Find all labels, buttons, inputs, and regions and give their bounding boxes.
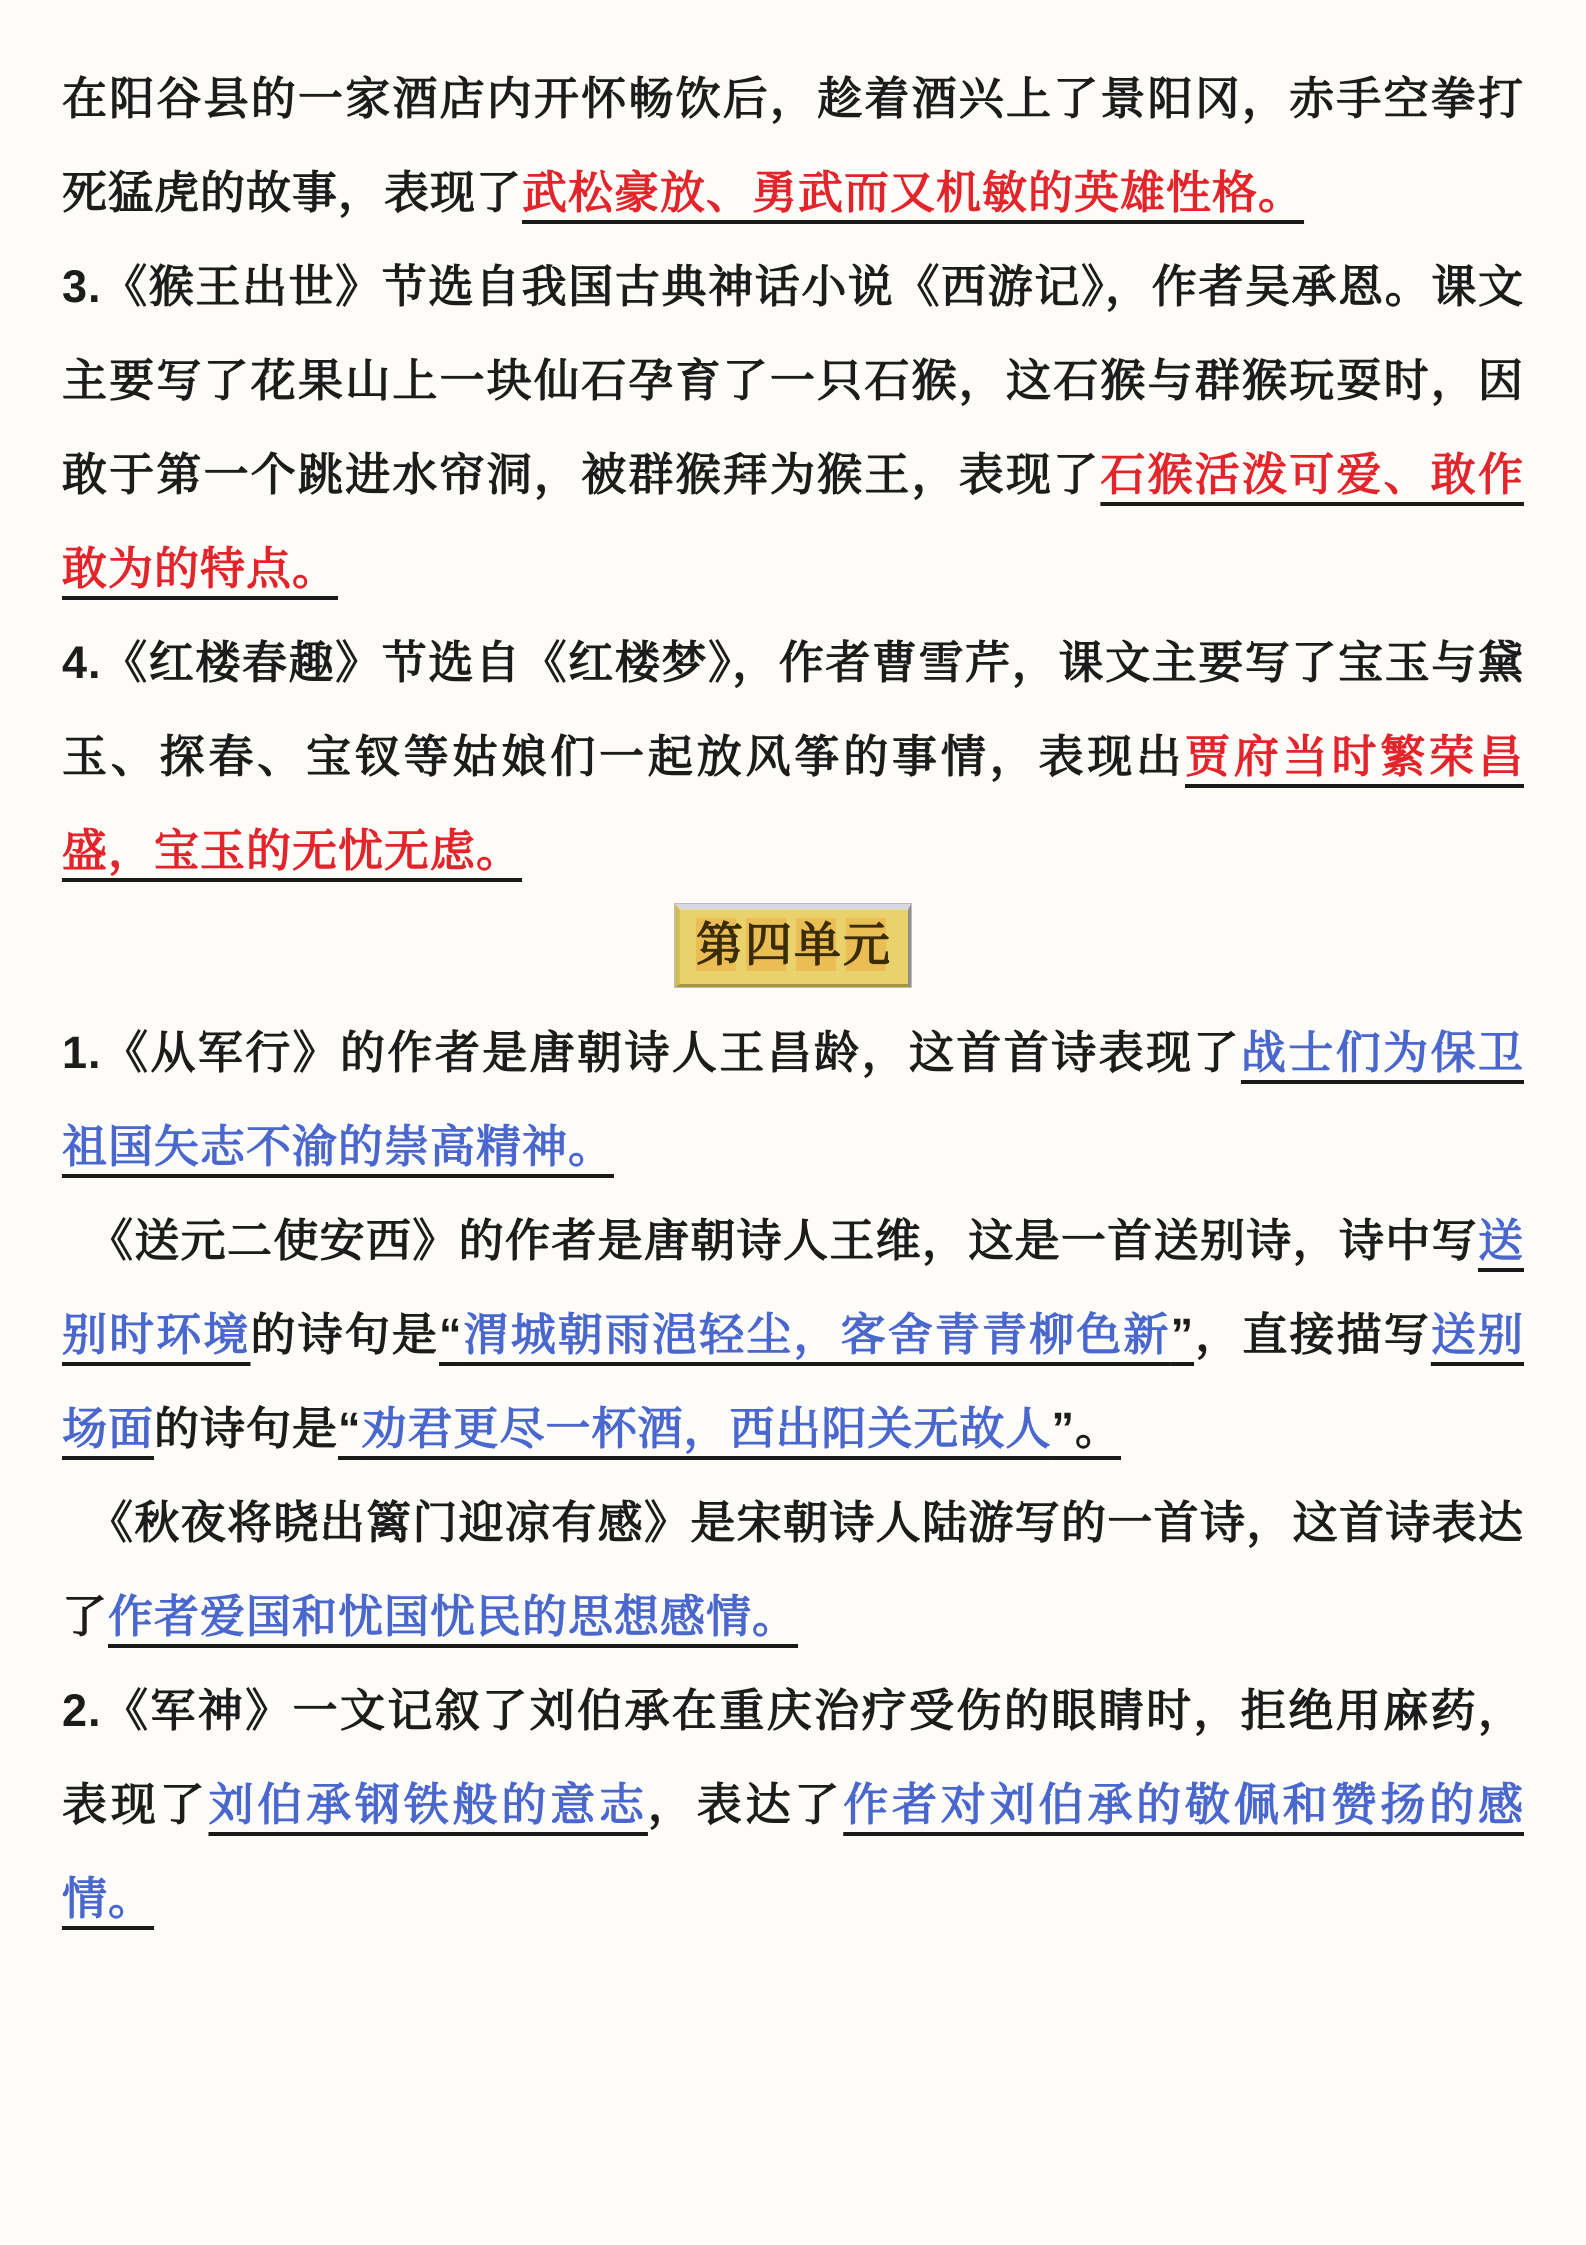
underlined-run: “ — [338, 1403, 362, 1454]
unit-heading-label: 第四单元 — [696, 918, 892, 971]
text-run: 的诗句是 — [154, 1403, 338, 1454]
text-run: ，直接描写 — [1194, 1309, 1431, 1360]
underlined-run: ” — [1171, 1309, 1195, 1360]
text-run: 的诗句是 — [251, 1309, 440, 1360]
underlined-run: “ — [439, 1309, 463, 1360]
paragraph: 《秋夜将晓出篱门迎凉有感》是宋朝诗人陆游写的一首诗，这首诗表达了作者爱国和忧国忧… — [62, 1476, 1524, 1664]
highlight-blue-run: 作者爱国和忧国忧民的思想感情。 — [108, 1591, 798, 1642]
highlight-blue-run: 劝君更尽一杯酒，西出阳关无故人 — [362, 1403, 1052, 1454]
document-page: 在阳谷县的一家酒店内开怀畅饮后，趁着酒兴上了景阳冈，赤手空拳打死猛虎的故事，表现… — [0, 0, 1586, 2245]
highlight-blue-run: 渭城朝雨浥轻尘，客舍青青柳色新 — [463, 1309, 1171, 1360]
text-run: 1.《从军行》的作者是唐朝诗人王昌龄，这首首诗表现了 — [62, 1027, 1241, 1078]
paragraph: 1.《从军行》的作者是唐朝诗人王昌龄，这首首诗表现了战士们为保卫祖国矢志不渝的崇… — [62, 1006, 1524, 1194]
paragraph: 《送元二使安西》的作者是唐朝诗人王维，这是一首送别诗，诗中写送别时环境的诗句是“… — [62, 1194, 1524, 1476]
paragraph: 3.《猴王出世》节选自我国古典神话小说《西游记》，作者吴承恩。课文主要写了花果山… — [62, 240, 1524, 616]
unit-heading-row: 第四单元 — [62, 904, 1524, 1004]
unit-heading: 第四单元 — [675, 904, 911, 987]
text-run: ，表达了 — [648, 1779, 843, 1830]
underlined-run: ”。 — [1052, 1403, 1122, 1454]
paragraph: 2.《军神》一文记叙了刘伯承在重庆治疗受伤的眼睛时，拒绝用麻药，表现了刘伯承钢铁… — [62, 1664, 1524, 1946]
highlight-blue-run: 刘伯承钢铁般的意志 — [208, 1779, 647, 1830]
paragraph: 在阳谷县的一家酒店内开怀畅饮后，趁着酒兴上了景阳冈，赤手空拳打死猛虎的故事，表现… — [62, 52, 1524, 240]
highlight-red-run: 武松豪放、勇武而又机敏的英雄性格。 — [522, 167, 1304, 218]
paragraph: 4.《红楼春趣》节选自《红楼梦》，作者曹雪芹，课文主要写了宝玉与黛玉、探春、宝钗… — [62, 616, 1524, 898]
text-run: 《送元二使安西》的作者是唐朝诗人王维，这是一首送别诗，诗中写 — [88, 1215, 1478, 1266]
document-content: 在阳谷县的一家酒店内开怀畅饮后，趁着酒兴上了景阳冈，赤手空拳打死猛虎的故事，表现… — [62, 52, 1524, 1946]
